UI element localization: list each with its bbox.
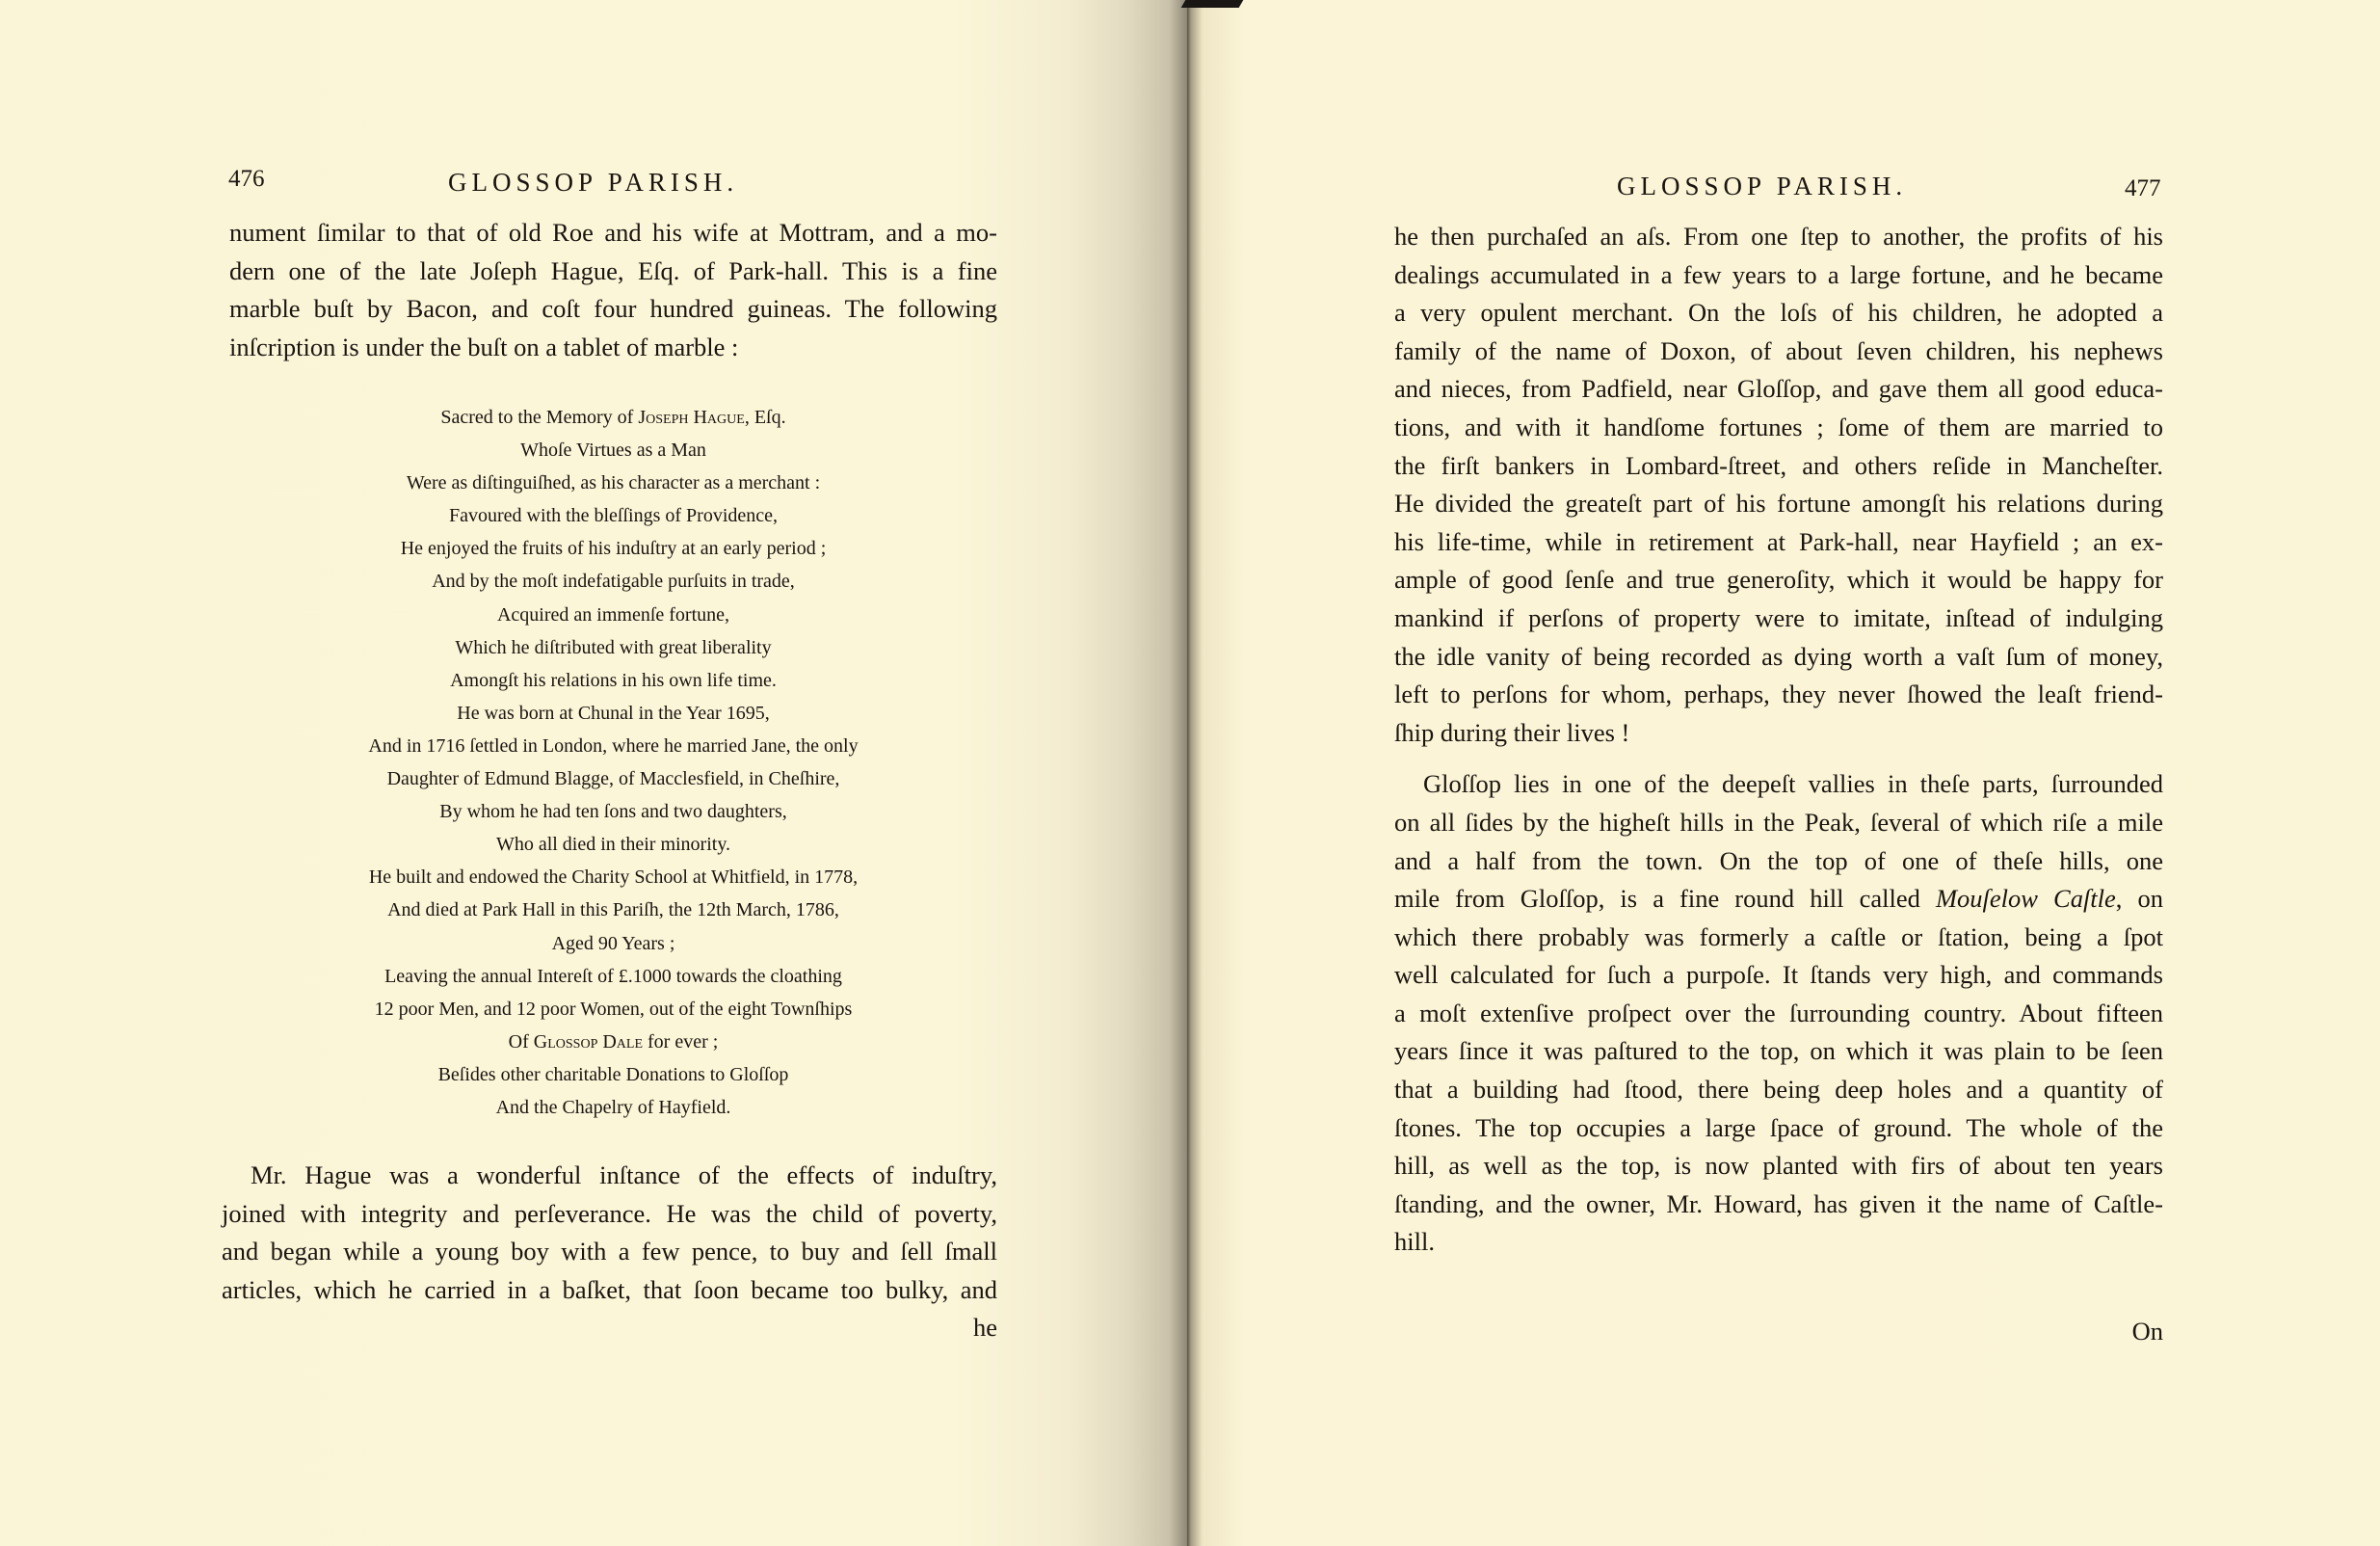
- book-spine-edge: [1181, 0, 1244, 8]
- page-number-right: 477: [2125, 175, 2161, 202]
- text-line: dealings accumulated in a few years to a…: [1394, 256, 2163, 295]
- inscription-line: Sacred to the Memory of Joseph Hague, Eſ…: [229, 401, 997, 434]
- inscription-line: Were as diſtinguiſhed, as his character …: [229, 466, 997, 499]
- text-line: which there probably was formerly a caſt…: [1394, 919, 2163, 957]
- text-line: He divided the greateſt part of his fort…: [1394, 485, 2163, 523]
- text-line: hill.: [1394, 1223, 2163, 1262]
- text-line: tions, and with it handſome fortunes ; ſ…: [1394, 409, 2163, 447]
- text-line: family of the name of Doxon, of about ſe…: [1394, 333, 2163, 371]
- inscription-line: He built and endowed the Charity School …: [229, 861, 997, 893]
- text-line: ſtones. The top occupies a large ſpace o…: [1394, 1109, 2163, 1148]
- text-line: left to perſons for whom, perhaps, they …: [1394, 676, 2163, 714]
- inscription-line: Whoſe Virtues as a Man: [229, 434, 997, 466]
- text-line: on all ſides by the higheſt hills in the…: [1394, 804, 2163, 842]
- place-name-italic: Mouſelow Caſtle: [1936, 884, 2116, 913]
- text-line: the idle vanity of being recorded as dyi…: [1394, 638, 2163, 677]
- paragraph-gap: [1394, 752, 2163, 765]
- text-line: nument ſimilar to that of old Roe and hi…: [229, 214, 997, 253]
- running-head-left: GLOSSOP PARISH.: [448, 168, 738, 198]
- text-line: the firſt bankers in Lombard-ſtreet, and…: [1394, 447, 2163, 486]
- text-line: joined with integrity and perſeverance. …: [222, 1195, 997, 1234]
- text-line: a moſt extenſive proſpect over the ſurro…: [1394, 995, 2163, 1033]
- inscription-line: Favoured with the bleſſings of Providenc…: [229, 499, 997, 532]
- catchword-left: he: [222, 1309, 997, 1347]
- inscription-line: Of Glossop Dale for ever ;: [229, 1026, 997, 1058]
- text-line: Mr. Hague was a wonderful inſtance of th…: [222, 1157, 997, 1195]
- text-line: and began while a young boy with a few p…: [222, 1233, 997, 1271]
- catchword-right-container: On: [1394, 1313, 2163, 1351]
- inscription-line: Acquired an immenſe fortune,: [229, 599, 997, 631]
- intro-paragraph: nument ſimilar to that of old Roe and hi…: [229, 214, 997, 366]
- text-line: and a half from the town. On the top of …: [1394, 842, 2163, 881]
- page-number-left: 476: [228, 166, 265, 193]
- inscription-line: Beſides other charitable Donations to Gl…: [229, 1058, 997, 1091]
- inscription-line: And died at Park Hall in this Pariſh, th…: [229, 893, 997, 926]
- inscription-line: And the Chapelry of Hayfield.: [229, 1091, 997, 1124]
- inscription-line: 12 poor Men, and 12 poor Women, out of t…: [229, 993, 997, 1026]
- paragraph-1: he then purchaſed an aſs. From one ſtep …: [1394, 218, 2163, 1262]
- inscription-line: Which he diſtributed with great liberali…: [229, 631, 997, 664]
- text-line: hill, as well as the top, is now planted…: [1394, 1147, 2163, 1186]
- inscription-line: By whom he had ten ſons and two daughter…: [229, 795, 997, 828]
- text-line: that a building had ſtood, there being d…: [1394, 1071, 2163, 1109]
- text-line: marble buſt by Bacon, and coſt four hund…: [229, 290, 997, 329]
- memorial-inscription: Sacred to the Memory of Joseph Hague, Eſ…: [229, 401, 997, 1124]
- text-line: his life-time, while in retirement at Pa…: [1394, 523, 2163, 562]
- text-line: mile from Gloſſop, is a fine round hill …: [1394, 880, 2163, 919]
- text-line: dern one of the late Joſeph Hague, Eſq. …: [229, 253, 997, 291]
- closing-paragraph: Mr. Hague was a wonderful inſtance of th…: [222, 1157, 997, 1347]
- inscription-line: He enjoyed the fruits of his induſtry at…: [229, 532, 997, 565]
- text-line: ſtanding, and the owner, Mr. Howard, has…: [1394, 1186, 2163, 1224]
- text-line: Gloſſop lies in one of the deepeſt valli…: [1394, 765, 2163, 804]
- catchword-right: On: [1394, 1313, 2163, 1351]
- inscription-line: Aged 90 Years ;: [229, 927, 997, 960]
- running-head-right: GLOSSOP PARISH.: [1617, 172, 1907, 201]
- text-line: he then purchaſed an aſs. From one ſtep …: [1394, 218, 2163, 256]
- inscription-line: Who all died in their minority.: [229, 828, 997, 861]
- text-line: articles, which he carried in a baſket, …: [222, 1271, 997, 1310]
- text-line: a very opulent merchant. On the loſs of …: [1394, 294, 2163, 333]
- text-line: years ſince it was paſtured to the top, …: [1394, 1032, 2163, 1071]
- text-line: ample of good ſenſe and true generoſity,…: [1394, 561, 2163, 600]
- text-line: and nieces, from Padfield, near Gloſſop,…: [1394, 370, 2163, 409]
- text-line: mankind if perſons of property were to i…: [1394, 600, 2163, 638]
- inscription-line: And by the moſt indefatigable purſuits i…: [229, 565, 997, 598]
- inscription-line: Daughter of Edmund Blagge, of Macclesfie…: [229, 762, 997, 795]
- inscription-line: Amongſt his relations in his own life ti…: [229, 664, 997, 697]
- inscription-line: He was born at Chunal in the Year 1695,: [229, 697, 997, 730]
- text-line: well calculated for ſuch a purpoſe. It ſ…: [1394, 956, 2163, 995]
- inscription-line: Leaving the annual Intereſt of £.1000 to…: [229, 960, 997, 993]
- text-line: inſcription is under the buſt on a table…: [229, 329, 997, 367]
- text-line: ſhip during their lives !: [1394, 714, 2163, 753]
- inscription-line: And in 1716 ſettled in London, where he …: [229, 730, 997, 762]
